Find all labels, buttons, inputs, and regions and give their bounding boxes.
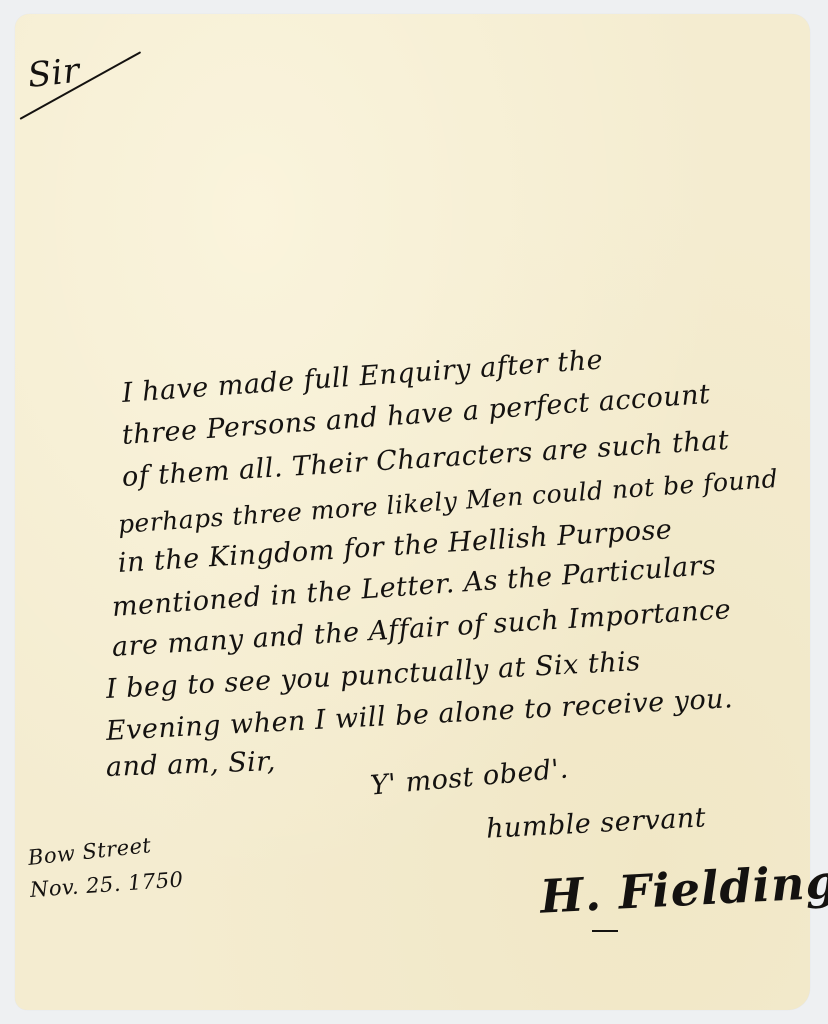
letter-line-10: and am, Sir,	[105, 746, 276, 783]
signature-flourish	[592, 930, 618, 932]
